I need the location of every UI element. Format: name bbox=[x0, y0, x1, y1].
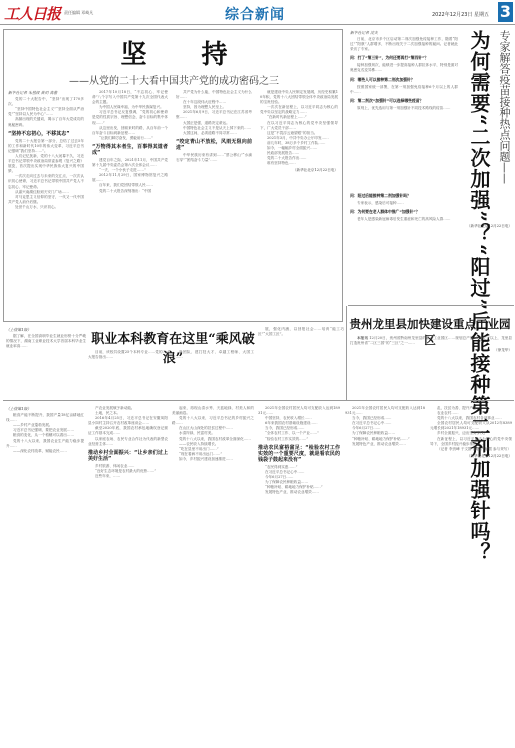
issue-date: 2022年12月23日 星期五 bbox=[432, 11, 489, 18]
masthead: 工人日报 责任编辑 邓崎凡 综合新闻 2022年12月23日 星期五 3 bbox=[0, 0, 515, 25]
lead-subhead-3: “咬定青山不放松，风雨无阻向前进” bbox=[176, 139, 252, 151]
paragraph: 在新征程上，以习近平同志为核心的党中央领导下，全国乡村振兴稳步推进…… bbox=[430, 437, 512, 447]
lead-subhead-2: “万物得其本者生，百事得其道者成” bbox=[92, 144, 168, 156]
paragraph: 党的十八大以来，我国农村改革全面深化…… bbox=[172, 437, 254, 442]
newspaper-logo: 工人日报 bbox=[4, 3, 60, 24]
section-title: 综合新闻 bbox=[225, 4, 285, 24]
lead-byline: 新华社记者 朱基钗 黄玥 高蕾 bbox=[8, 90, 84, 95]
paragraph: “检验农村工作实效的……” bbox=[258, 437, 340, 442]
lead-headline: 坚持 bbox=[4, 34, 344, 71]
vocational-column-3: 新团队、建打技大才、卓越工程师、大国工匠…… bbox=[172, 350, 254, 395]
paragraph: 从这里出发，回顾来时的路，从百年前一个百年奋斗目标到新征程…… bbox=[92, 126, 168, 136]
paragraph: 原则上，优先选用与第一剂加强针不同技术路线的疫苗…… bbox=[350, 106, 458, 111]
paragraph: 习近平总书记反复强调，“党的初心和使命是党的性质宗旨、理想信念、奋斗目标的集中体… bbox=[92, 110, 168, 125]
paragraph: “让我们踔厉奋发，勇毅前行……” bbox=[92, 136, 168, 141]
paragraph: 全国农村居民人均可支配收入从2012年8389元增长到2021年18931元…… bbox=[430, 421, 512, 431]
question: 问：哪些人可以接种第二剂次加强针？ bbox=[350, 77, 458, 83]
divider bbox=[346, 306, 347, 400]
vocational-column-4: 展，强化内涵，以回报社会……培育“能工巧匠”“大国工匠”。 bbox=[258, 327, 344, 395]
rural-column-5: 2021年全国农村居民人均可支配收入达到18931元…… 当今，我国已经形成……… bbox=[345, 406, 425, 746]
paragraph: 就是建设中央人民制定发展纲，历经史积累10年积，党的十八大团结带领全体中央政治局… bbox=[260, 90, 338, 105]
lead-column-4: 就是建设中央人民制定发展纲，历经史积累10年积，党的十八大团结带领全体中央政治局… bbox=[260, 90, 338, 318]
rural-column-3: 起来，再现山清水秀、天蓝地绿、村美人和的美丽画卷。 党的十八大以来，习近平总书记… bbox=[172, 406, 254, 746]
lead-subheadline: ——从党的二十大看中国共产党的成功密码之三 bbox=[4, 72, 344, 87]
paragraph: 新团队、建打技大才、卓越工程师、大国工匠…… bbox=[172, 350, 254, 360]
paragraph: 如今，乡村振兴建设加速推进…… bbox=[172, 457, 254, 462]
paragraph: 近些年来，…… bbox=[88, 474, 168, 479]
lead-column-2: 2017年10月18日，“不忘初心、牢记使命”八个字写入中国共产党第十九次全国代… bbox=[92, 90, 168, 318]
lead-credit: （新华社北京12月22日电） bbox=[260, 168, 338, 173]
paragraph: “坚持中国特色社会主义”“坚持全面从严治党”“坚持以人民为中心”…… bbox=[8, 107, 84, 117]
paragraph: 2016年4月25日，习近平总书记在安徽凤阳县小岗村主持召开农村改革座谈会…… bbox=[88, 416, 168, 426]
paragraph: 以家庭农场、农民专业合作社为代表的新型农业经营主体…… bbox=[88, 437, 168, 447]
vertical-story-credit: （新华社北京12月22日电） bbox=[350, 224, 512, 229]
paragraph: 粮食的变化，从一个稻穗可以看出…… bbox=[6, 433, 84, 438]
paragraph: 对马克思主义信仰的坚守，一代又一代中国共产党人前仆后继。 bbox=[8, 195, 84, 205]
paragraph: 起来，再现山清水秀、天蓝地绿、村美人和的美丽画卷。 bbox=[172, 406, 254, 416]
paragraph: 展，强化内涵，以回报社会……培育“能工巧匠”“大国工匠”。 bbox=[258, 327, 344, 337]
paragraph: 专家表示，感染后可接种…… bbox=[350, 201, 512, 206]
lead-column-3: 共产党为什么能，中国特色社会主义为什么好…… 在十年这段伟大征程中…… 坚持，因… bbox=[176, 90, 252, 318]
rural-credit: （新华社北京12月22日电） bbox=[430, 454, 512, 459]
paragraph: （记者 李劲峰 于文静 高敬 严赋憬 参与采写） bbox=[430, 447, 512, 452]
question: 问：打了“第三针”，为何还要再打“第四针”？ bbox=[350, 55, 458, 61]
paragraph: 建党百年之际，2021年11月，中国共产党第十九届中央委员会第六次全体会议…… bbox=[92, 158, 168, 168]
paragraph: 截至2020年底，我国农村承包地确权登记颁证工作基本完成…… bbox=[88, 426, 168, 436]
paragraph: 大国这间，必须道路不同寻常…… bbox=[176, 131, 252, 136]
rural-subhead-2: 推动农民富裕富足：“检验农村工作实效的一个重要尺度，就是看农民的钱袋子鼓起来没有… bbox=[258, 445, 340, 463]
page-number-badge: 3 bbox=[498, 2, 513, 22]
paragraph: 人们记忆犹新，党的十八大闭幕不久，习近平总书记带领中央政治局常委参观《复兴之路》… bbox=[8, 154, 84, 174]
lead-subhead-1: “坚持不忘初心，不移其志” bbox=[8, 131, 84, 137]
vocational-column-1: （上接第1版） 据了解，在全国高职毕业生就业形势十分严峻的情况下，湖南工业职业技… bbox=[6, 327, 86, 395]
paragraph: 在以习近平同志为核心的党中央坚强领导下，广大党员干部…… bbox=[260, 121, 338, 131]
paragraph: 中华民族历来有讲到……“蔡公移山”“水滴石穿”“团结奋斗力量”…… bbox=[176, 153, 252, 163]
paragraph: 党的十八大以来，我国农业生产能力稳步提升…… bbox=[6, 439, 84, 449]
paragraph: 按照国家统一部署，在第一剂加强免疫接种6个月以上的人群中…… bbox=[350, 85, 458, 95]
continued-label: （上接第1版） bbox=[6, 406, 84, 411]
rural-column-6: 乱，扶贫为善、提升产业…… 农业农村…… 党的十八大以来，我国农村各项事业…… … bbox=[430, 406, 512, 746]
question: 问：为何要在老人群体中推广“加强针”？ bbox=[350, 209, 512, 215]
rural-column-2: 产农业发展赋予新动能。 土地，民之本。 2016年4月25日，习近平总书记在安徽… bbox=[88, 406, 168, 746]
lead-in: 本报讯 bbox=[357, 336, 368, 340]
paragraph: 处世千山万水，只识初心。 bbox=[8, 205, 84, 210]
vertical-story-body-bottom: 问：阳过后能接种第二剂加强针吗？ 专家表示，感染后可接种…… 问：为何要在老人群… bbox=[350, 190, 512, 300]
rural-subhead-1: 推动乡村全面振兴：“让乡亲们过上美好生活” bbox=[88, 450, 168, 462]
paragraph: 12月20日，贵州省黔南州龙里县的重点工业园区……规划总产值1800亿元以上，龙… bbox=[350, 336, 512, 345]
paragraph: 2017年10月18日，“不忘初心、牢记使命”八个字写入中国共产党第十九次全国代… bbox=[92, 90, 168, 105]
question: 问：阳过后能接种第二剂加强针吗？ bbox=[350, 193, 512, 199]
paragraph: 发展特色产业，推动农业增效…… bbox=[258, 490, 340, 495]
rural-column-4: 2021年全国农村居民人均可支配收入达到18931元…… 中国坚持，农民收入增长… bbox=[258, 406, 340, 746]
divider bbox=[3, 400, 514, 401]
guizhou-story-body: 本报讯 12月20日，贵州省黔南州龙里县的重点工业园区……规划总产值1800亿元… bbox=[350, 336, 512, 406]
continued-label: （上接第1版） bbox=[6, 327, 86, 332]
paragraph: 2021年6月9日，习近平总书记在江苏省考察…… bbox=[176, 110, 252, 120]
divider bbox=[348, 305, 514, 306]
paragraph: 党的二十大报告深刻指出：“中国 bbox=[92, 189, 168, 194]
paragraph: 2012年11月29日，国家博物馆复兴之路展…… bbox=[92, 173, 168, 183]
paragraph: 党的二十大报告中，“坚持”出现了170多次。 bbox=[8, 97, 84, 107]
paragraph: 接种加强剂次，能够进一步提高接种人群抗体水平，特别是面对奥密克戎变异株…… bbox=[350, 63, 458, 73]
paragraph: 老年人是感染新冠病毒后发生重症和死亡的高风险人群…… bbox=[350, 217, 512, 222]
paragraph: 中国特色社会主义不是从天上掉下来的…… bbox=[176, 126, 252, 131]
paragraph: 一次次在新征程上，以习近平同志为核心的党中央以坚定的战略定力…… bbox=[260, 105, 338, 115]
editor-credit: 责任编辑 邓崎凡 bbox=[64, 10, 93, 16]
paragraph: 粮食产能不断提升，我国产量18亿亩耕地红线…… bbox=[6, 413, 84, 423]
question: 问：第二剂次“加强针”可以选择哪些疫苗？ bbox=[350, 98, 458, 104]
paragraph: 2021年全国农村居民人均可支配收入达到18931元…… bbox=[345, 406, 425, 416]
paragraph: 一次次走向过去与未来的交汇点，一次次认识初心使命，习近平总书记带领中国共产党人不… bbox=[8, 174, 84, 189]
guizhou-credit: （徐龙华） bbox=[350, 348, 512, 353]
paragraph: 高频出现的关键词，揭示了百年大党成功的奥秘密码。 bbox=[8, 117, 84, 127]
vertical-story-body-top: 新华社记者 沈夫 日前，北京市多个区启动第二剂次加强免疫接种工作，随着“阳过”“… bbox=[350, 30, 458, 190]
rural-column-1: （上接第1版） 粮食产能不断提升，我国产量18亿亩耕地红线…… ——乡村产业蓬勃… bbox=[6, 406, 84, 746]
paragraph: 党的二十大报告第一部分，总结了过去5年的工作和新时代10年的伟大变革，习近平总书… bbox=[8, 139, 84, 154]
paragraph: 党的十八大以来，习近平总书记的乡村振兴之路…… bbox=[172, 416, 254, 426]
vertical-story-kicker: 专家解答疫苗接种热点问题—— bbox=[494, 30, 512, 184]
paragraph: 共产党为什么能，中国特色社会主义为什么好…… bbox=[176, 90, 252, 100]
paragraph: 谁有坚持特色…… bbox=[260, 161, 338, 166]
paragraph: ——深化农村改革，赋能农民…… bbox=[6, 449, 84, 454]
vocational-column-2: 目前，该校共设置25个本科专业……党的二十大报告指出…… bbox=[88, 350, 170, 395]
paragraph: 目前，该校共设置25个本科专业……党的二十大报告指出…… bbox=[88, 350, 170, 360]
lead-story: 坚持 ——从党的二十大看中国共产党的成功密码之三 新华社记者 朱基钗 黄玥 高蕾… bbox=[3, 29, 343, 322]
vertical-story-byline: 新华社记者 沈夫 bbox=[350, 30, 458, 35]
lead-column-1: 新华社记者 朱基钗 黄玥 高蕾 党的二十大报告中，“坚持”出现了170多次。 “… bbox=[8, 90, 84, 318]
paragraph: 日前，北京市多个区启动第二剂次加强免疫接种工作，随着“阳过”“阳康”人群增多，不… bbox=[350, 37, 458, 52]
paragraph: 2021年全国农村居民人均可支配收入达到18931元…… bbox=[258, 406, 340, 416]
paragraph: 据了解，在全国高职毕业生就业形势十分严峻的情况下，湖南工业职业技术大学首届本科毕… bbox=[6, 334, 86, 349]
paragraph: 发展特色产业，推动农业增效…… bbox=[345, 442, 425, 447]
